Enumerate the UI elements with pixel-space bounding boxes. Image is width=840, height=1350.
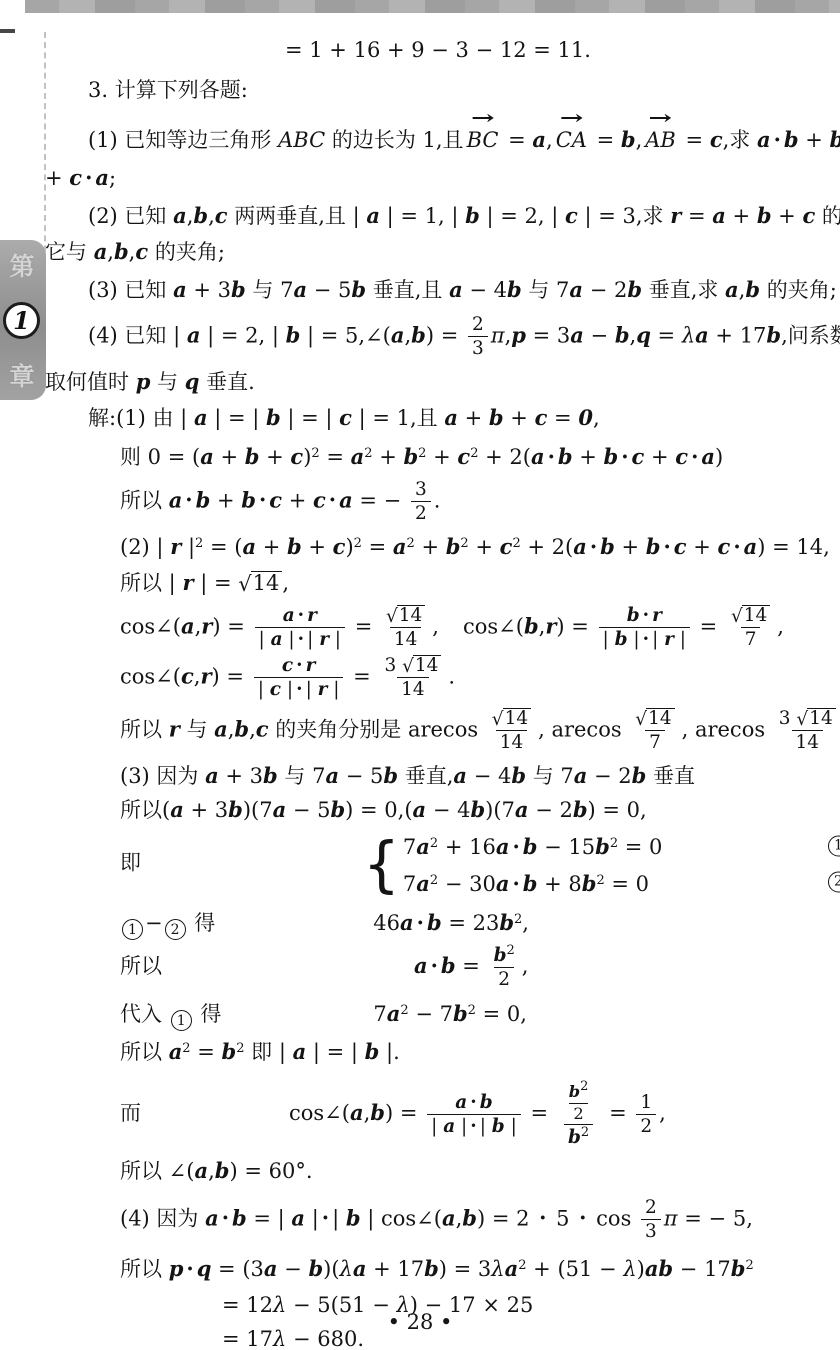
text-run: | <box>480 1116 492 1137</box>
italic-symbol: λ <box>340 1257 353 1281</box>
vector-symbol: a <box>242 534 256 559</box>
text-run: + 3 <box>184 798 228 822</box>
superscript: 2 <box>364 446 372 461</box>
vector-symbol: c <box>710 127 723 152</box>
text-run: − 2 <box>583 278 627 302</box>
dot-operator: · <box>691 444 698 469</box>
text-run: + <box>726 204 757 228</box>
text-run: | <box>258 679 270 700</box>
superscript: 2 <box>468 1003 476 1018</box>
text-run: + 17 <box>366 1257 424 1281</box>
text-run: 与 7 <box>278 764 326 788</box>
fraction-denominator: 14 <box>390 627 422 650</box>
vector-symbol: c <box>181 663 194 688</box>
dot-operator: · <box>298 629 304 650</box>
superscript: 2 <box>182 1041 190 1056</box>
radicand: 14 <box>807 708 836 729</box>
vector-symbol: c <box>457 444 470 469</box>
vector-symbol: c <box>135 239 148 264</box>
vector-symbol: a <box>496 871 510 896</box>
fraction: 12 <box>636 1092 656 1138</box>
text-run: 两两垂直,且 | <box>228 204 367 228</box>
vector-symbol: a <box>574 763 588 788</box>
scan-top-bar <box>25 0 840 13</box>
text-run: , <box>432 614 439 638</box>
text-run: (4) 因为 <box>120 1206 205 1230</box>
doc-line-16: cos∠(c,r) = c·r| c |·| r | = 3 √1414. <box>0 655 840 701</box>
vector-symbol: b <box>604 444 619 469</box>
text-run: 2 <box>472 314 484 335</box>
text-run: = <box>524 1101 555 1125</box>
vector-symbol: b <box>627 605 640 626</box>
vector-symbol: c <box>215 203 228 228</box>
dot-operator: · <box>186 1256 193 1281</box>
text-run: = 3 <box>526 323 570 347</box>
text-run: ) = <box>385 1101 424 1125</box>
vector-symbol: a <box>205 1205 219 1230</box>
text-run: 垂直,求 <box>642 278 725 302</box>
text-run: − 2 <box>587 764 631 788</box>
text-run: 14 <box>415 655 439 676</box>
text-run: 所以 <box>120 717 169 741</box>
vector-symbol: r <box>200 663 211 688</box>
text-run: (1) 已知等边三角形 <box>88 128 278 152</box>
italic-symbol: π <box>491 323 505 347</box>
vector-symbol: a <box>393 534 407 559</box>
text-run: 14 <box>648 708 672 729</box>
text-run: , <box>208 1159 215 1183</box>
text-run: 的夹角; <box>148 240 225 264</box>
text-run: 与 7 <box>246 278 294 302</box>
dot-operator: · <box>329 487 336 512</box>
vector-symbol: a <box>325 763 339 788</box>
doc-line-20: 即{7a2 + 16a·b − 15b2 = 07a2 − 30a·b + 8b… <box>0 830 840 898</box>
vector-symbol: a <box>695 322 709 347</box>
vector-symbol: c <box>290 444 303 469</box>
vector-symbol: b <box>215 1158 230 1183</box>
fraction: b22 <box>565 1080 593 1123</box>
vector-symbol: r <box>307 605 317 626</box>
vector-symbol: b <box>427 910 442 935</box>
text-run: (4) 已知 | <box>88 323 187 347</box>
fraction-numerator: √14 <box>631 708 678 730</box>
vector-symbol: r <box>670 203 681 228</box>
doc-line-14: 所以 | r | = √14, <box>0 567 840 599</box>
text-run: | <box>305 1206 319 1230</box>
text-run: + 2( <box>521 535 574 559</box>
vector-symbol: a <box>264 1256 278 1281</box>
text-run: ) = 0, <box>588 798 647 822</box>
fraction: 23 <box>641 1197 661 1243</box>
fraction: b22 <box>490 944 519 991</box>
vector-symbol: b <box>346 1205 361 1230</box>
text-run: 5 <box>549 1206 576 1230</box>
text-run: | <box>327 679 339 700</box>
text-run: + 3 <box>187 278 231 302</box>
text-run: 取何值时 <box>45 370 136 394</box>
text-run: 3 <box>472 338 484 359</box>
vector-symbol: a <box>169 1039 183 1064</box>
text-run: = <box>681 204 712 228</box>
dot-operator: · <box>548 444 555 469</box>
text-run: 2 <box>573 1104 583 1123</box>
fraction-numerator: b·r <box>623 605 666 627</box>
superscript: 2 <box>745 1258 753 1273</box>
fraction-denominator: 14 <box>397 677 429 700</box>
text-run: , <box>249 717 256 741</box>
vector-symbol: b <box>558 444 573 469</box>
text-run: | cos∠( <box>361 1206 442 1230</box>
text-run: . <box>448 664 455 688</box>
text-run: cos∠( <box>289 1101 350 1125</box>
square-root-radical: √14 <box>492 708 531 729</box>
vector-symbol: b <box>627 277 642 302</box>
dot-operator: · <box>643 629 649 650</box>
vector-arrow-symbol: →CA <box>556 124 587 156</box>
text-run: + <box>644 445 675 469</box>
vector-symbol: a <box>205 763 219 788</box>
text-run: 与 7 <box>522 278 570 302</box>
vector-symbol: p <box>136 369 151 394</box>
text-run: | <box>652 629 664 650</box>
text-run: 垂直,且 <box>366 278 449 302</box>
dot-operator: · <box>259 487 266 512</box>
doc-line-12: 所以 a·b + b·c + c·a = − 32. <box>0 479 840 525</box>
text-run: 14 <box>744 605 768 626</box>
vector-symbol: b <box>330 797 345 822</box>
vector-symbol: b <box>193 203 208 228</box>
page-content: = 1 + 16 + 9 − 3 − 12 = 11.3. 计算下列各题:(1)… <box>0 24 840 1350</box>
vector-symbol: b <box>600 534 615 559</box>
text-run: ) = 2 <box>477 1206 536 1230</box>
vector-symbol: c <box>632 444 645 469</box>
dot-operator: · <box>539 1205 546 1230</box>
vector-symbol: b <box>524 613 539 638</box>
text-run: | = 3,求 <box>578 204 670 228</box>
italic-symbol: π <box>664 1206 678 1230</box>
text-run: 所以( <box>120 798 170 822</box>
doc-line-27: (4) 因为 a·b = | a |·| b | cos∠(a,b) = 2 ·… <box>0 1197 840 1243</box>
vector-symbol: r <box>182 570 193 595</box>
text-run: 即 | <box>245 1040 293 1064</box>
dot-operator: · <box>298 605 304 626</box>
vector-symbol: a <box>181 613 195 638</box>
text-run: ) = <box>426 323 465 347</box>
radicand: 14 <box>397 605 426 626</box>
text-run: = ( <box>203 535 242 559</box>
vector-symbol: b <box>595 834 610 859</box>
fraction-denominator: | b |·| r | <box>599 627 690 650</box>
vector-symbol: a <box>366 203 380 228</box>
text-run: 的长和 <box>815 204 840 228</box>
text-run: , <box>659 1101 666 1125</box>
vector-symbol: a <box>744 534 758 559</box>
text-run: + <box>373 445 404 469</box>
page-number: • 28 • <box>0 1310 840 1334</box>
text-run: cos∠( <box>120 664 181 688</box>
vector-symbol: b <box>403 444 418 469</box>
vector-symbol: p <box>511 322 526 347</box>
vector-symbol: a <box>515 797 529 822</box>
vector-symbol: b <box>370 1100 385 1125</box>
text-run: + <box>45 166 69 190</box>
vector-symbol: b <box>830 127 840 152</box>
text-run: 2 <box>640 1116 652 1137</box>
vector-arrow-icon: → <box>548 109 595 128</box>
vector-symbol: b <box>470 797 485 822</box>
vector-symbol: c <box>675 444 688 469</box>
vector-symbol: b <box>234 716 249 741</box>
text-run: − 17 <box>673 1257 731 1281</box>
fraction-numerator: √14 <box>488 708 535 730</box>
text-run: | = | <box>208 406 266 430</box>
fraction-numerator: a·b <box>451 1092 496 1114</box>
doc-line-10: 解:(1) 由 | a | = | b | = | c | = 1,且 a + … <box>0 402 840 434</box>
vector-symbol: b <box>383 763 398 788</box>
vector-symbol: a <box>505 1256 519 1281</box>
text-run: − <box>277 1257 308 1281</box>
text-run: 与 <box>150 370 184 394</box>
text-run: − 4 <box>467 764 511 788</box>
equation-number-badge: 1 <box>828 835 840 856</box>
text-run: | <box>505 1116 517 1137</box>
vector-symbol: b <box>263 763 278 788</box>
text-run: | <box>628 629 640 650</box>
superscript: 2 <box>311 446 319 461</box>
superscript: 2 <box>430 836 438 851</box>
superscript: 2 <box>518 1258 526 1273</box>
fraction-denominator: | a |·| r | <box>255 627 346 650</box>
dot-operator: · <box>512 871 519 896</box>
text-run: + 16 <box>438 835 496 859</box>
equation-system: {7a2 + 16a·b − 15b2 = 07a2 − 30a·b + 8b2… <box>363 830 662 898</box>
vector-symbol: c <box>500 534 513 559</box>
dot-operator: · <box>733 534 740 559</box>
vector-symbol: c <box>535 405 548 430</box>
radicand: 14 <box>742 605 771 626</box>
vector-symbol: a <box>291 1205 305 1230</box>
text-run: + <box>415 535 446 559</box>
fraction: a·r| a |·| r | <box>255 605 346 651</box>
text-run: + <box>282 488 313 512</box>
doc-line-17: 所以 r 与 a,b,c 的夹角分别是 arecos √1414, arecos… <box>0 708 840 754</box>
dot-operator: · <box>643 605 649 626</box>
text-run: = <box>547 406 578 430</box>
fraction: 32 <box>411 479 431 525</box>
text-run: = <box>590 128 621 152</box>
text-run: 垂直, <box>398 764 453 788</box>
vector-symbol: a <box>350 1100 364 1125</box>
text-run: 1 <box>640 1092 652 1113</box>
fraction: √1414 <box>382 605 429 651</box>
doc-line-11: 则 0 = (a + b + c)2 = a2 + b2 + c2 + 2(a·… <box>0 438 840 473</box>
doc-line-13: (2) | r |2 = (a + b + c)2 = a2 + b2 + c2… <box>0 528 840 563</box>
fraction-denominator: 7 <box>741 627 761 650</box>
text-run: = <box>651 323 682 347</box>
vector-symbol: a <box>416 871 430 896</box>
vector-symbol: b <box>745 277 760 302</box>
text-run: + <box>214 445 245 469</box>
dot-operator: · <box>579 1205 586 1230</box>
text-run: − <box>145 911 163 935</box>
vector-symbol: b <box>114 239 129 264</box>
text-run: | = | <box>306 1040 364 1064</box>
fraction: b22b2 <box>558 1080 600 1149</box>
text-run: 的边长为 1,且 <box>325 128 463 152</box>
superscript: 2 <box>236 1041 244 1056</box>
text-run: 7 <box>403 872 416 896</box>
text-run: − 7 <box>409 1002 453 1026</box>
italic-symbol: λ <box>682 323 695 347</box>
text-run: 14 <box>505 708 529 729</box>
text-run: | <box>259 629 271 650</box>
vector-symbol: a <box>293 1039 307 1064</box>
vector-symbol: b <box>494 945 507 966</box>
text-run: 代入 <box>120 1002 169 1026</box>
vector-symbol: c <box>333 534 346 559</box>
text-run: = <box>679 128 710 152</box>
vector-symbol: a <box>194 1158 208 1183</box>
text-run: (3) 因为 <box>120 764 205 788</box>
vector-symbol: b <box>266 405 281 430</box>
text-run: + <box>573 445 604 469</box>
vector-symbol: a <box>169 487 183 512</box>
text-run: 即 <box>120 850 141 874</box>
vector-symbol: a <box>449 277 463 302</box>
text-run: = <box>501 128 532 152</box>
vector-symbol: b <box>731 1256 746 1281</box>
text-run: = − 5, <box>678 1206 753 1230</box>
fraction-denominator: 2 <box>636 1114 656 1137</box>
radicand: 14 <box>413 655 442 676</box>
vector-symbol: a <box>273 797 287 822</box>
text-run: 得 <box>194 1002 222 1026</box>
doc-line-19: 所以(a + 3b)(7a − 5b) = 0,(a − 4b)(7a − 2b… <box>0 794 840 826</box>
radical-sign: √ <box>796 709 808 730</box>
vector-symbol: b <box>245 444 260 469</box>
text-run: cos <box>589 1206 638 1230</box>
text-run: + <box>458 406 489 430</box>
fraction: c·r| c |·| r | <box>254 655 344 701</box>
text-run: = | <box>247 1206 292 1230</box>
doc-line-18: (3) 因为 a + 3b 与 7a − 5b 垂直,a − 4b 与 7a −… <box>0 760 840 792</box>
square-root-radical: √14 <box>635 708 674 729</box>
vector-symbol: b <box>646 534 661 559</box>
fraction-numerator: 2 <box>468 314 488 336</box>
text-run: = <box>693 614 724 638</box>
vector-symbol: a <box>194 405 208 430</box>
vector-symbol: b <box>784 127 799 152</box>
vector-symbol: a <box>339 487 353 512</box>
vector-symbol: r <box>545 613 556 638</box>
vector-symbol: b <box>492 1116 505 1137</box>
text-run: 14 <box>253 571 280 595</box>
doc-line-4: + c·a; <box>0 162 840 194</box>
text-run: 2 <box>415 503 427 524</box>
text-run: | = 5,∠( <box>300 323 391 347</box>
text-run: ) <box>715 445 723 469</box>
text-run: |. <box>379 1040 399 1064</box>
text-run: 14 <box>399 605 423 626</box>
equation-number-badge: 1 <box>122 919 143 940</box>
text-run: = <box>362 535 393 559</box>
radical-sign: √ <box>635 709 647 730</box>
text-run: cos∠( <box>463 614 524 638</box>
vector-symbol: c <box>269 487 282 512</box>
text-run: 所以 <box>120 1040 169 1064</box>
text-run: , <box>522 911 529 935</box>
superscript: 2 <box>400 1003 408 1018</box>
text-run: − <box>584 323 615 347</box>
text-run: + <box>259 445 290 469</box>
doc-line-2: 3. 计算下列各题: <box>0 74 840 106</box>
vector-symbol: b <box>568 1127 581 1148</box>
vector-symbol: a <box>444 405 458 430</box>
text-run: + <box>799 128 830 152</box>
dot-operator: · <box>470 1092 476 1113</box>
vector-symbol: a <box>455 1092 467 1113</box>
vector-symbol: a <box>453 763 467 788</box>
dot-operator: · <box>222 1205 229 1230</box>
text-run: ) = 14, <box>757 535 830 559</box>
doc-line-22: 所以a·b = b22, <box>0 944 840 991</box>
text-run: 7 <box>649 732 661 753</box>
fraction-numerator: c·r <box>278 655 319 677</box>
text-run: | = 1,且 <box>352 406 444 430</box>
text-run: − 15 <box>537 835 595 859</box>
text-run: 7 <box>403 835 416 859</box>
superscript: 2 <box>581 1125 589 1140</box>
vector-symbol: b <box>489 405 504 430</box>
vector-symbol: r <box>170 534 181 559</box>
text-run: 14 <box>394 629 418 650</box>
dot-operator: · <box>512 834 519 859</box>
text-run: | <box>455 1116 467 1137</box>
vector-symbol: b <box>573 797 588 822</box>
text-run: ) = 3 <box>439 1257 492 1281</box>
text-run: ) = <box>212 614 251 638</box>
text-run: ) <box>637 1257 645 1281</box>
vector-arrow-symbol: →BC <box>467 124 499 156</box>
vector-symbol: b <box>480 1092 493 1113</box>
square-root-radical: √14 <box>402 655 441 676</box>
vector-symbol: a <box>400 910 414 935</box>
superscript: 2 <box>610 836 618 851</box>
text-run: 14 <box>401 679 425 700</box>
vector-symbol: b <box>287 534 302 559</box>
system-row: 7a2 − 30a·b + 8b2 = 0 <box>403 867 663 898</box>
text-run: | <box>431 1116 443 1137</box>
text-run: 所以 ∠( <box>120 1159 194 1183</box>
dot-operator: · <box>663 534 670 559</box>
vector-symbol: r <box>664 629 674 650</box>
superscript: 2 <box>430 873 438 888</box>
scanned-textbook-page: 第 1 章 = 1 + 16 + 9 − 3 − 12 = 11.3. 计算下列… <box>0 0 840 1350</box>
vector-symbol: a <box>414 953 428 978</box>
text-run: | = | <box>281 406 339 430</box>
vector-symbol: a <box>442 1205 456 1230</box>
doc-line-26: 所以 ∠(a,b) = 60°. <box>0 1155 840 1187</box>
text-run: = − <box>353 488 408 512</box>
text-run: ) = <box>212 664 251 688</box>
vector-symbol: c <box>270 679 281 700</box>
text-run: = 0 <box>618 835 662 859</box>
vector-symbol: b <box>766 322 781 347</box>
doc-line-1: = 1 + 16 + 9 − 3 − 12 = 11. <box>0 34 840 66</box>
vector-symbol: b <box>621 127 636 152</box>
fraction-numerator: √14 <box>382 605 429 627</box>
text-run: | <box>181 535 195 559</box>
